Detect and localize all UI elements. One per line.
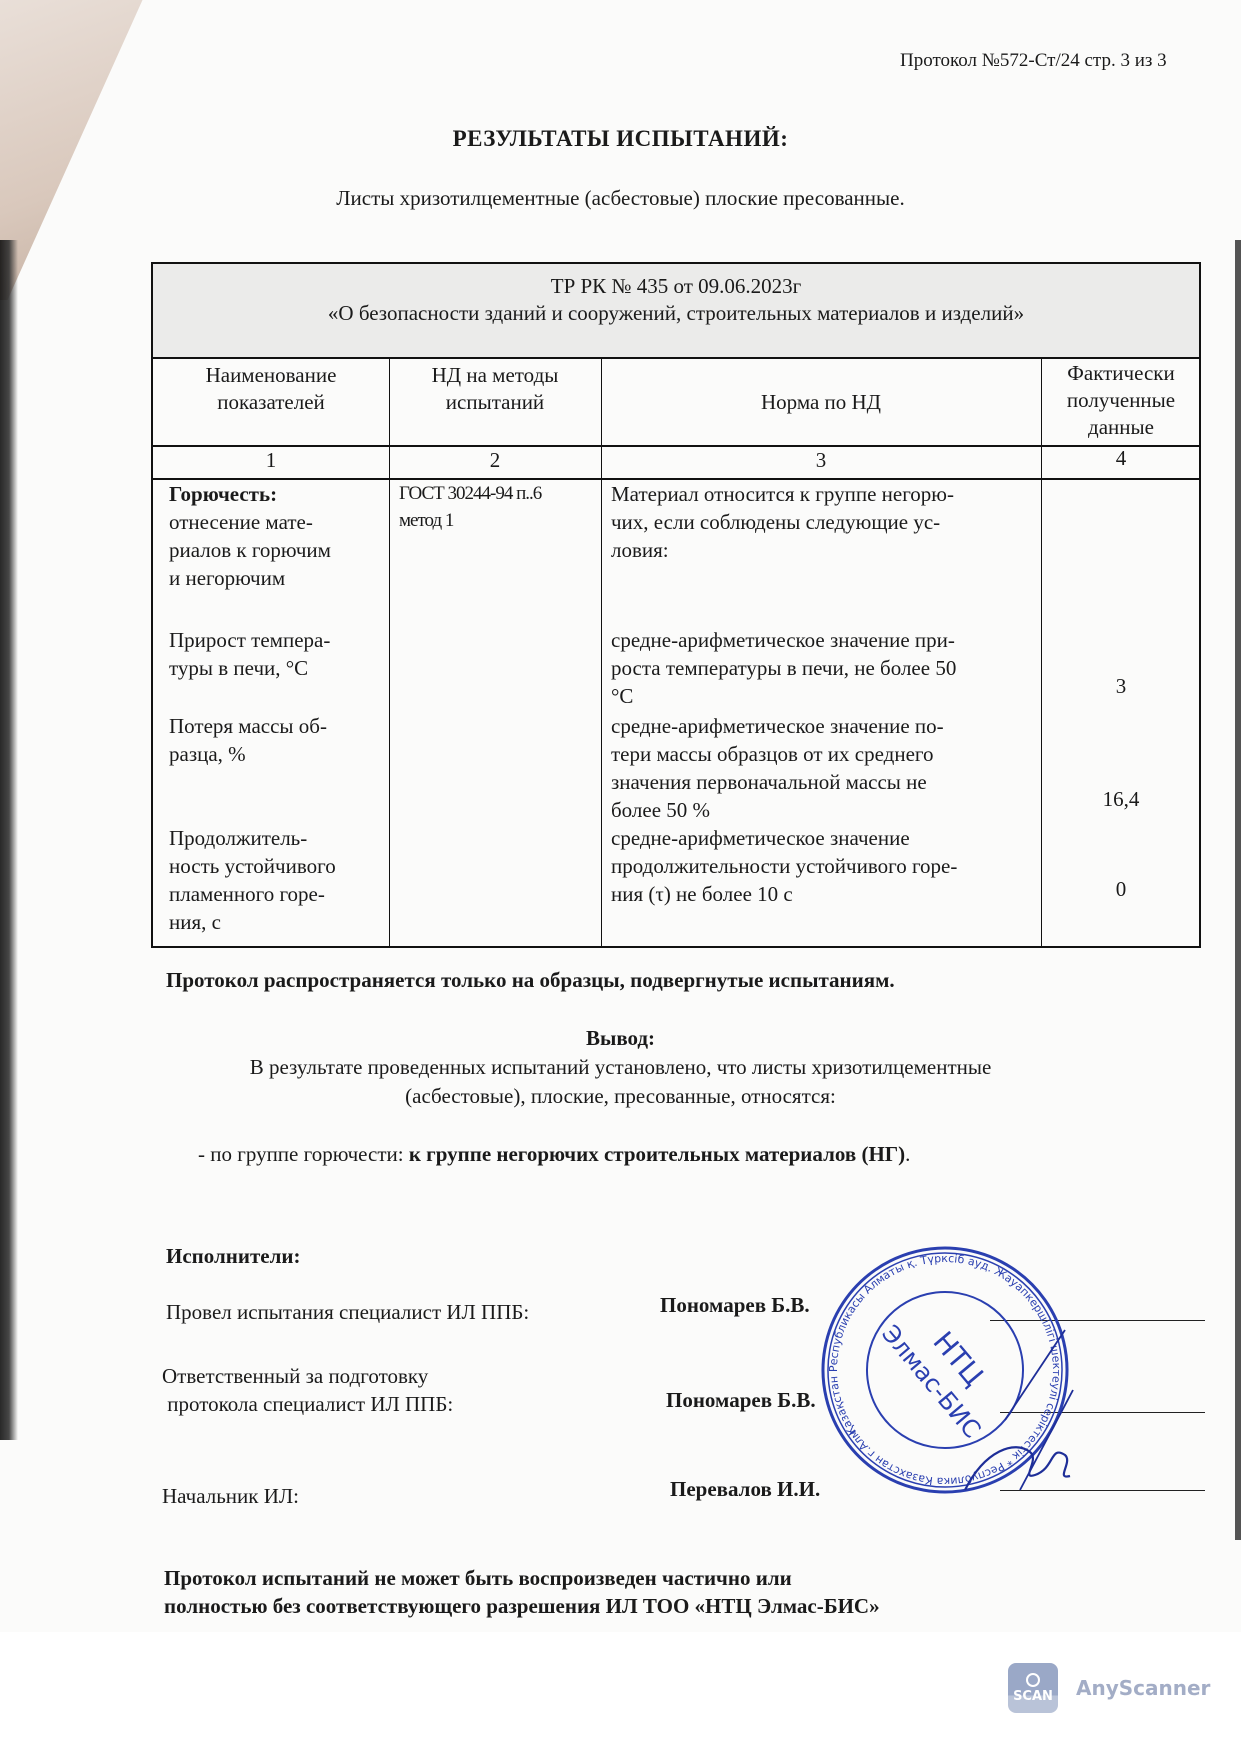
- indicator-mass-loss: Потеря массы об-разца, %: [169, 712, 384, 768]
- norm-intro: Материал относится к группе негорю-чих, …: [611, 480, 1036, 564]
- executor-role: Провел испытания специалист ИЛ ППБ:: [166, 1300, 529, 1325]
- column-number: 4: [1041, 446, 1201, 471]
- executor-name: Пономарев Б.В.: [660, 1293, 810, 1318]
- scanner-watermark: SCAN AnyScanner: [1008, 1663, 1210, 1713]
- column-header-method: НД на методыиспытаний: [389, 362, 601, 416]
- executor-role: Начальник ИЛ:: [162, 1484, 299, 1509]
- conclusion-text: (асбестовые), плоские, пресованные, отно…: [0, 1084, 1241, 1109]
- regulation-number: ТР РК № 435 от 09.06.2023г: [153, 273, 1199, 300]
- regulation-header: ТР РК № 435 от 09.06.2023г «О безопаснос…: [153, 264, 1199, 359]
- combustibility-group: - по группе горючести: к группе негорючи…: [198, 1142, 910, 1167]
- column-header-norm: Норма по НД: [601, 389, 1041, 416]
- test-method: ГОСТ 30244-94 п..6метод 1: [399, 480, 599, 534]
- value-temperature-rise: 3: [1041, 674, 1201, 699]
- document-title: РЕЗУЛЬТАТЫ ИСПЫТАНИЙ:: [0, 126, 1241, 152]
- combustibility-group-label: - по группе горючести:: [198, 1142, 409, 1166]
- norm-flame-duration: средне-арифметическое значениепродолжите…: [611, 824, 1036, 908]
- scan-app-icon: SCAN: [1008, 1663, 1058, 1713]
- column-header-actual: Фактическиполученныеданные: [1041, 360, 1201, 441]
- executor-name: Пономарев Б.В.: [666, 1388, 816, 1413]
- reproduction-notice: полностью без соответствующего разрешени…: [164, 1594, 880, 1619]
- organization-stamp: Қазақстан Республикасы Алматы қ. Түрксіб…: [815, 1240, 1075, 1500]
- column-number: 2: [389, 448, 601, 473]
- indicator-temperature-rise: Прирост темпера-туры в печи, °С: [169, 626, 384, 682]
- indicator-group: Горючесть: отнесение мате-риалов к горюч…: [169, 480, 384, 592]
- punctuation: .: [905, 1142, 910, 1166]
- conclusion-text: В результате проведенных испытаний устан…: [0, 1055, 1241, 1080]
- scan-badge-text: SCAN: [1013, 1689, 1053, 1704]
- norm-temperature-rise: средне-арифметическое значение при-роста…: [611, 626, 1036, 710]
- column-number: 3: [601, 448, 1041, 473]
- scope-notice: Протокол распространяется только на обра…: [166, 968, 895, 993]
- reproduction-notice: Протокол испытаний не может быть воспрои…: [164, 1566, 792, 1591]
- conclusion-heading: Вывод:: [0, 1026, 1241, 1051]
- column-number: 1: [153, 448, 389, 473]
- scanner-app-name: AnyScanner: [1076, 1676, 1210, 1700]
- document-subtitle: Листы хризотилцементные (асбестовые) пло…: [0, 186, 1241, 211]
- value-mass-loss: 16,4: [1041, 787, 1201, 812]
- indicator-group-name: Горючесть:: [169, 482, 277, 506]
- scan-left-edge: [0, 240, 18, 1440]
- scan-right-edge: [1235, 240, 1241, 1540]
- results-table: ТР РК № 435 от 09.06.2023г «О безопаснос…: [151, 262, 1201, 948]
- executor-role: Ответственный за подготовку: [162, 1364, 428, 1389]
- combustibility-group-value: к группе негорючих строительных материал…: [409, 1142, 905, 1166]
- value-flame-duration: 0: [1041, 877, 1201, 902]
- indicator-flame-duration: Продолжитель-ность устойчивогопламенного…: [169, 824, 384, 936]
- norm-mass-loss: средне-арифметическое значение по-тери м…: [611, 712, 1036, 824]
- indicator-group-description: отнесение мате-риалов к горючими негорюч…: [169, 508, 384, 592]
- executor-name: Перевалов И.И.: [670, 1477, 820, 1502]
- regulation-title: «О безопасности зданий и сооружений, стр…: [153, 300, 1199, 327]
- executors-heading: Исполнители:: [166, 1244, 300, 1269]
- page-reference: Протокол №572-Ст/24 стр. 3 из 3: [900, 50, 1167, 72]
- column-header-indicator: Наименованиепоказателей: [153, 362, 389, 416]
- executor-role: протокола специалист ИЛ ППБ:: [162, 1392, 453, 1417]
- camera-lens-icon: [1026, 1673, 1040, 1687]
